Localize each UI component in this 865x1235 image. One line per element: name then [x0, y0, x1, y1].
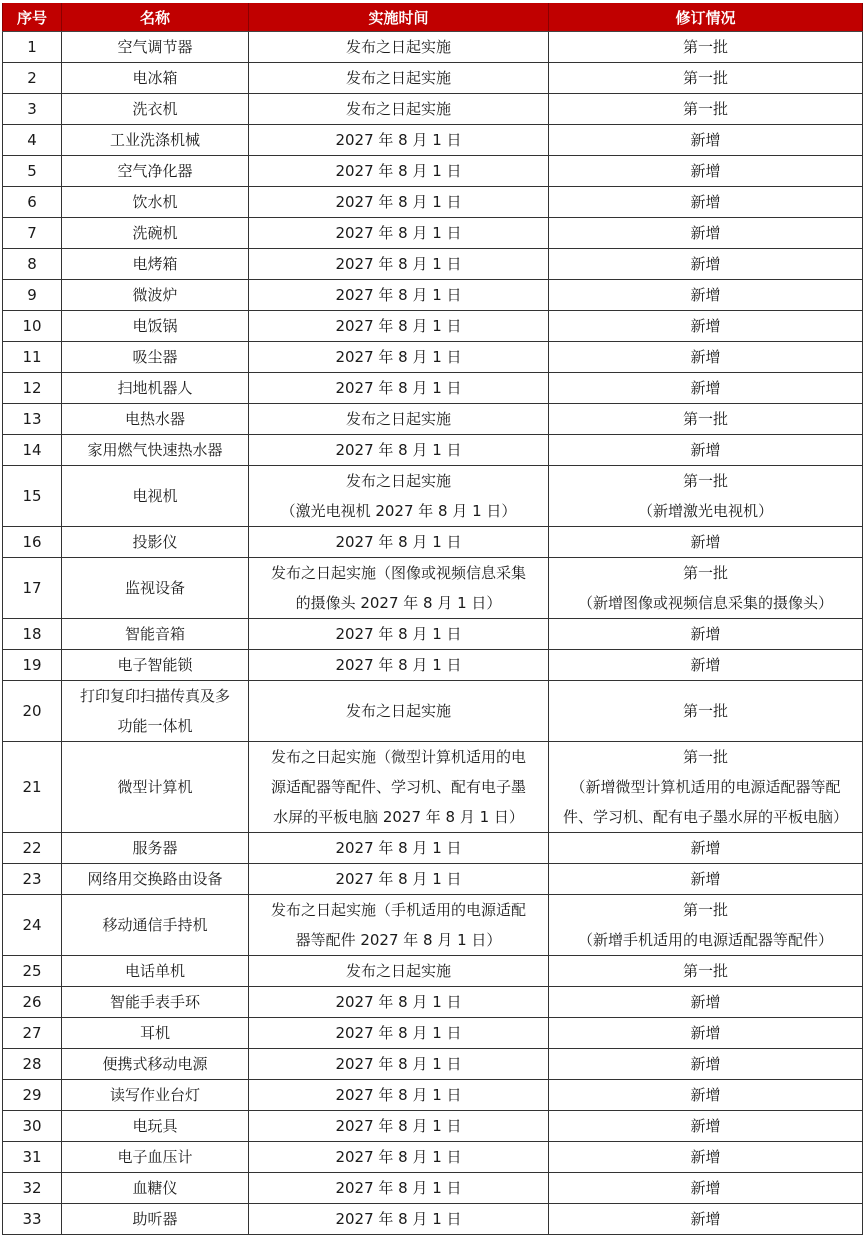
cell-name: 网络用交换路由设备: [62, 864, 249, 895]
column-header-name: 名称: [62, 3, 249, 32]
cell-implementation-time-line: 2027 年 8 月 1 日: [250, 1080, 547, 1110]
cell-name-line: 饮水机: [64, 187, 246, 217]
cell-revision-status-line: （新增激光电视机）: [550, 496, 861, 526]
cell-number: 17: [3, 558, 62, 619]
cell-number: 26: [3, 987, 62, 1018]
cell-implementation-time-line: 2027 年 8 月 1 日: [250, 650, 547, 680]
cell-implementation-time: 2027 年 8 月 1 日: [249, 280, 549, 311]
cell-name-line: 智能手表手环: [64, 987, 246, 1017]
column-header-revision-status: 修订情况: [549, 3, 863, 32]
cell-revision-status: 新增: [549, 1173, 863, 1201]
cell-name: 监视设备: [62, 558, 249, 619]
cell-revision-status: 新增: [549, 619, 863, 650]
cell-implementation-time-line: 2027 年 8 月 1 日: [250, 1173, 547, 1200]
cell-revision-status: 新增: [549, 527, 863, 558]
table-header: 序号 名称 实施时间 修订情况: [3, 3, 863, 32]
table-row: 1空气调节器发布之日起实施第一批: [3, 32, 863, 63]
table-row: 15电视机发布之日起实施（激光电视机 2027 年 8 月 1 日）第一批（新增…: [3, 466, 863, 527]
product-catalog-table: 序号 名称 实施时间 修订情况 1空气调节器发布之日起实施第一批2电冰箱发布之日…: [2, 3, 863, 1200]
cell-name: 家用燃气快速热水器: [62, 435, 249, 466]
cell-number: 29: [3, 1080, 62, 1111]
header-row: 序号 名称 实施时间 修订情况: [3, 3, 863, 32]
cell-name: 饮水机: [62, 187, 249, 218]
cell-number: 15: [3, 466, 62, 527]
cell-name-line: 洗碗机: [64, 218, 246, 248]
cell-implementation-time-line: 发布之日起实施（图像或视频信息采集: [250, 558, 547, 588]
cell-name-line: 耳机: [64, 1018, 246, 1048]
cell-name: 耳机: [62, 1018, 249, 1049]
cell-name-line: 投影仪: [64, 527, 246, 557]
table-row: 19电子智能锁2027 年 8 月 1 日新增: [3, 650, 863, 681]
cell-implementation-time: 2027 年 8 月 1 日: [249, 1080, 549, 1111]
table-row: 28便携式移动电源2027 年 8 月 1 日新增: [3, 1049, 863, 1080]
cell-revision-status-line: 新增: [550, 156, 861, 186]
cell-implementation-time: 2027 年 8 月 1 日: [249, 650, 549, 681]
cell-implementation-time-line: 2027 年 8 月 1 日: [250, 1111, 547, 1141]
cell-number: 23: [3, 864, 62, 895]
cell-revision-status: 新增: [549, 373, 863, 404]
cell-name: 打印复印扫描传真及多功能一体机: [62, 681, 249, 742]
cell-revision-status-line: 新增: [550, 435, 861, 465]
cell-name: 扫地机器人: [62, 373, 249, 404]
cell-name: 投影仪: [62, 527, 249, 558]
cell-revision-status: 新增: [549, 1080, 863, 1111]
cell-revision-status: 第一批（新增图像或视频信息采集的摄像头）: [549, 558, 863, 619]
cell-number: 2: [3, 63, 62, 94]
cell-revision-status: 新增: [549, 311, 863, 342]
cell-revision-status: 新增: [549, 280, 863, 311]
cell-revision-status-line: 第一批: [550, 63, 861, 93]
cell-name: 电热水器: [62, 404, 249, 435]
cell-number: 18: [3, 619, 62, 650]
cell-implementation-time: 发布之日起实施: [249, 32, 549, 63]
cell-revision-status-line: （新增微型计算机适用的电源适配器等配: [550, 772, 861, 802]
cell-revision-status-line: 新增: [550, 1018, 861, 1048]
table-row: 25电话单机发布之日起实施第一批: [3, 956, 863, 987]
cell-name-line: 读写作业台灯: [64, 1080, 246, 1110]
cell-number: 30: [3, 1111, 62, 1142]
cell-implementation-time-line: 2027 年 8 月 1 日: [250, 1049, 547, 1079]
cell-number: 8: [3, 249, 62, 280]
cell-name: 电话单机: [62, 956, 249, 987]
cell-implementation-time: 发布之日起实施: [249, 63, 549, 94]
cell-implementation-time: 发布之日起实施（微型计算机适用的电源适配器等配件、学习机、配有电子墨水屏的平板电…: [249, 742, 549, 833]
cell-name: 电视机: [62, 466, 249, 527]
cell-revision-status-line: 新增: [550, 187, 861, 217]
cell-number: 22: [3, 833, 62, 864]
cell-revision-status: 新增: [549, 125, 863, 156]
cell-implementation-time: 2027 年 8 月 1 日: [249, 1142, 549, 1173]
cell-implementation-time-line: 2027 年 8 月 1 日: [250, 187, 547, 217]
table-row: 22服务器2027 年 8 月 1 日新增: [3, 833, 863, 864]
cell-revision-status: 第一批: [549, 956, 863, 987]
cell-implementation-time: 2027 年 8 月 1 日: [249, 311, 549, 342]
cell-number: 6: [3, 187, 62, 218]
cell-implementation-time: 2027 年 8 月 1 日: [249, 187, 549, 218]
cell-name-line: 监视设备: [64, 573, 246, 603]
cell-number: 19: [3, 650, 62, 681]
cell-name: 微波炉: [62, 280, 249, 311]
cell-revision-status-line: 新增: [550, 1142, 861, 1172]
cell-name: 微型计算机: [62, 742, 249, 833]
table-row: 14家用燃气快速热水器2027 年 8 月 1 日新增: [3, 435, 863, 466]
cell-name-line: 功能一体机: [64, 711, 246, 741]
table-row: 11吸尘器2027 年 8 月 1 日新增: [3, 342, 863, 373]
cell-implementation-time: 发布之日起实施（图像或视频信息采集的摄像头 2027 年 8 月 1 日）: [249, 558, 549, 619]
cell-revision-status: 第一批（新增微型计算机适用的电源适配器等配件、学习机、配有电子墨水屏的平板电脑）: [549, 742, 863, 833]
cell-revision-status-line: 第一批: [550, 956, 861, 986]
cell-number: 13: [3, 404, 62, 435]
cell-implementation-time-line: （激光电视机 2027 年 8 月 1 日）: [250, 496, 547, 526]
cell-revision-status: 新增: [549, 833, 863, 864]
cell-revision-status: 新增: [549, 1049, 863, 1080]
cell-revision-status-line: 新增: [550, 342, 861, 372]
cell-name: 空气净化器: [62, 156, 249, 187]
cell-revision-status-line: 第一批: [550, 94, 861, 124]
cell-revision-status: 新增: [549, 218, 863, 249]
cell-implementation-time: 2027 年 8 月 1 日: [249, 987, 549, 1018]
column-header-number: 序号: [3, 3, 62, 32]
table-row: 7洗碗机2027 年 8 月 1 日新增: [3, 218, 863, 249]
cell-revision-status: 新增: [549, 249, 863, 280]
cell-revision-status-line: 新增: [550, 1049, 861, 1079]
cell-name: 便携式移动电源: [62, 1049, 249, 1080]
cell-revision-status-line: 新增: [550, 619, 861, 649]
table-row: 5空气净化器2027 年 8 月 1 日新增: [3, 156, 863, 187]
cell-implementation-time-line: 2027 年 8 月 1 日: [250, 527, 547, 557]
cell-revision-status: 新增: [549, 156, 863, 187]
table-row: 31电子血压计2027 年 8 月 1 日新增: [3, 1142, 863, 1173]
cell-revision-status-line: 新增: [550, 987, 861, 1017]
cell-revision-status: 第一批: [549, 94, 863, 125]
cell-implementation-time: 2027 年 8 月 1 日: [249, 373, 549, 404]
cell-implementation-time-line: 发布之日起实施: [250, 404, 547, 434]
cell-revision-status-line: 新增: [550, 218, 861, 248]
cell-revision-status-line: 第一批: [550, 32, 861, 62]
cell-implementation-time-line: 发布之日起实施: [250, 63, 547, 93]
cell-implementation-time-line: 2027 年 8 月 1 日: [250, 833, 547, 863]
cell-revision-status: 新增: [549, 342, 863, 373]
cell-name-line: 电子智能锁: [64, 650, 246, 680]
cell-revision-status-line: 新增: [550, 650, 861, 680]
table-row: 6饮水机2027 年 8 月 1 日新增: [3, 187, 863, 218]
cell-implementation-time: 2027 年 8 月 1 日: [249, 1049, 549, 1080]
cell-name-line: 电话单机: [64, 956, 246, 986]
cell-revision-status-line: 件、学习机、配有电子墨水屏的平板电脑）: [550, 802, 861, 832]
cell-name-line: 血糖仪: [64, 1173, 246, 1200]
cell-number: 7: [3, 218, 62, 249]
table-row: 17监视设备发布之日起实施（图像或视频信息采集的摄像头 2027 年 8 月 1…: [3, 558, 863, 619]
cell-revision-status-line: 新增: [550, 125, 861, 155]
cell-revision-status: 新增: [549, 1111, 863, 1142]
cell-implementation-time-line: 发布之日起实施: [250, 696, 547, 726]
cell-revision-status-line: 第一批: [550, 696, 861, 726]
cell-name: 电冰箱: [62, 63, 249, 94]
cell-implementation-time-line: 2027 年 8 月 1 日: [250, 864, 547, 894]
cell-revision-status: 第一批: [549, 404, 863, 435]
cell-name-line: 扫地机器人: [64, 373, 246, 403]
cell-name: 电玩具: [62, 1111, 249, 1142]
cell-revision-status-line: （新增手机适用的电源适配器等配件）: [550, 925, 861, 955]
cell-revision-status-line: 第一批: [550, 466, 861, 496]
cell-revision-status-line: 第一批: [550, 558, 861, 588]
cell-implementation-time-line: 2027 年 8 月 1 日: [250, 1018, 547, 1048]
cell-name: 移动通信手持机: [62, 895, 249, 956]
cell-implementation-time-line: 发布之日起实施（手机适用的电源适配: [250, 895, 547, 925]
table-row: 12扫地机器人2027 年 8 月 1 日新增: [3, 373, 863, 404]
cell-number: 12: [3, 373, 62, 404]
cell-revision-status-line: 第一批: [550, 895, 861, 925]
cell-number: 14: [3, 435, 62, 466]
cell-name-line: 家用燃气快速热水器: [64, 435, 246, 465]
table-row: 29读写作业台灯2027 年 8 月 1 日新增: [3, 1080, 863, 1111]
cell-name-line: 空气调节器: [64, 32, 246, 62]
cell-name-line: 工业洗涤机械: [64, 125, 246, 155]
cell-implementation-time: 2027 年 8 月 1 日: [249, 218, 549, 249]
cell-number: 20: [3, 681, 62, 742]
cell-implementation-time-line: 的摄像头 2027 年 8 月 1 日）: [250, 588, 547, 618]
cell-number: 31: [3, 1142, 62, 1173]
cell-revision-status: 第一批: [549, 32, 863, 63]
cell-revision-status: 新增: [549, 650, 863, 681]
table-row: 27耳机2027 年 8 月 1 日新增: [3, 1018, 863, 1049]
cell-revision-status-line: 新增: [550, 280, 861, 310]
cell-number: 27: [3, 1018, 62, 1049]
cell-revision-status: 第一批: [549, 63, 863, 94]
cell-number: 32: [3, 1173, 62, 1201]
cell-implementation-time: 2027 年 8 月 1 日: [249, 1173, 549, 1201]
table-row: 23网络用交换路由设备2027 年 8 月 1 日新增: [3, 864, 863, 895]
cell-implementation-time: 2027 年 8 月 1 日: [249, 435, 549, 466]
cell-name-line: 电玩具: [64, 1111, 246, 1141]
table-row: 3洗衣机发布之日起实施第一批: [3, 94, 863, 125]
cell-number: 9: [3, 280, 62, 311]
cell-number: 10: [3, 311, 62, 342]
table-row: 26智能手表手环2027 年 8 月 1 日新增: [3, 987, 863, 1018]
cell-name-line: 移动通信手持机: [64, 910, 246, 940]
cell-revision-status-line: 新增: [550, 1111, 861, 1141]
cell-implementation-time: 2027 年 8 月 1 日: [249, 619, 549, 650]
cell-name: 血糖仪: [62, 1173, 249, 1201]
cell-name-line: 吸尘器: [64, 342, 246, 372]
cell-implementation-time-line: 2027 年 8 月 1 日: [250, 987, 547, 1017]
cell-implementation-time: 2027 年 8 月 1 日: [249, 249, 549, 280]
cell-revision-status-line: 新增: [550, 311, 861, 341]
table-body: 1空气调节器发布之日起实施第一批2电冰箱发布之日起实施第一批3洗衣机发布之日起实…: [3, 32, 863, 1201]
cell-revision-status-line: 新增: [550, 1080, 861, 1110]
cell-revision-status: 新增: [549, 1142, 863, 1173]
cell-implementation-time-line: 2027 年 8 月 1 日: [250, 218, 547, 248]
cell-implementation-time-line: 发布之日起实施: [250, 956, 547, 986]
cell-number: 28: [3, 1049, 62, 1080]
cell-number: 24: [3, 895, 62, 956]
cell-implementation-time: 2027 年 8 月 1 日: [249, 1018, 549, 1049]
cell-implementation-time: 发布之日起实施: [249, 404, 549, 435]
cell-name: 智能音箱: [62, 619, 249, 650]
cell-number: 21: [3, 742, 62, 833]
table-row: 24移动通信手持机发布之日起实施（手机适用的电源适配器等配件 2027 年 8 …: [3, 895, 863, 956]
cell-revision-status: 新增: [549, 1018, 863, 1049]
cell-revision-status-line: 新增: [550, 373, 861, 403]
cell-implementation-time-line: 发布之日起实施: [250, 94, 547, 124]
cell-name-line: 电冰箱: [64, 63, 246, 93]
cell-implementation-time-line: 发布之日起实施: [250, 32, 547, 62]
cell-name-line: 空气净化器: [64, 156, 246, 186]
table-row: 2电冰箱发布之日起实施第一批: [3, 63, 863, 94]
cell-name: 智能手表手环: [62, 987, 249, 1018]
cell-revision-status-line: （新增图像或视频信息采集的摄像头）: [550, 588, 861, 618]
cell-revision-status-line: 新增: [550, 1173, 861, 1200]
cell-name: 空气调节器: [62, 32, 249, 63]
cell-name-line: 便携式移动电源: [64, 1049, 246, 1079]
cell-implementation-time-line: 发布之日起实施: [250, 466, 547, 496]
table-row: 9微波炉2027 年 8 月 1 日新增: [3, 280, 863, 311]
table-row: 8电烤箱2027 年 8 月 1 日新增: [3, 249, 863, 280]
cell-implementation-time-line: 2027 年 8 月 1 日: [250, 156, 547, 186]
table-row: 18智能音箱2027 年 8 月 1 日新增: [3, 619, 863, 650]
cell-name: 洗衣机: [62, 94, 249, 125]
table-row: 20打印复印扫描传真及多功能一体机发布之日起实施第一批: [3, 681, 863, 742]
cell-name: 电饭锅: [62, 311, 249, 342]
cell-name: 电子智能锁: [62, 650, 249, 681]
cell-number: 25: [3, 956, 62, 987]
cell-name-line: 电视机: [64, 481, 246, 511]
cell-implementation-time-line: 器等配件 2027 年 8 月 1 日）: [250, 925, 547, 955]
cell-revision-status: 第一批（新增手机适用的电源适配器等配件）: [549, 895, 863, 956]
cell-name-line: 电子血压计: [64, 1142, 246, 1172]
cell-revision-status: 新增: [549, 864, 863, 895]
cell-implementation-time: 发布之日起实施: [249, 956, 549, 987]
table-row: 32血糖仪2027 年 8 月 1 日新增: [3, 1173, 863, 1201]
cell-name-line: 打印复印扫描传真及多: [64, 681, 246, 711]
table-row: 10电饭锅2027 年 8 月 1 日新增: [3, 311, 863, 342]
cell-implementation-time: 2027 年 8 月 1 日: [249, 156, 549, 187]
cell-implementation-time-line: 发布之日起实施（微型计算机适用的电: [250, 742, 547, 772]
cell-name-line: 智能音箱: [64, 619, 246, 649]
cell-name: 读写作业台灯: [62, 1080, 249, 1111]
cell-implementation-time: 2027 年 8 月 1 日: [249, 342, 549, 373]
cell-name-line: 网络用交换路由设备: [64, 864, 246, 894]
cell-revision-status: 新增: [549, 987, 863, 1018]
cell-implementation-time-line: 水屏的平板电脑 2027 年 8 月 1 日）: [250, 802, 547, 832]
cell-implementation-time: 2027 年 8 月 1 日: [249, 864, 549, 895]
table-row: 16投影仪2027 年 8 月 1 日新增: [3, 527, 863, 558]
cell-implementation-time-line: 2027 年 8 月 1 日: [250, 1142, 547, 1172]
cell-implementation-time-line: 2027 年 8 月 1 日: [250, 619, 547, 649]
cell-revision-status: 第一批: [549, 681, 863, 742]
cell-name: 电子血压计: [62, 1142, 249, 1173]
cell-name-line: 电烤箱: [64, 249, 246, 279]
cell-number: 11: [3, 342, 62, 373]
table-row: 30电玩具2027 年 8 月 1 日新增: [3, 1111, 863, 1142]
cell-implementation-time-line: 源适配器等配件、学习机、配有电子墨: [250, 772, 547, 802]
cell-number: 16: [3, 527, 62, 558]
cell-number: 3: [3, 94, 62, 125]
cell-implementation-time-line: 2027 年 8 月 1 日: [250, 125, 547, 155]
cell-name-line: 电饭锅: [64, 311, 246, 341]
column-header-implementation-time: 实施时间: [249, 3, 549, 32]
cell-name-line: 服务器: [64, 833, 246, 863]
cell-name-line: 微型计算机: [64, 772, 246, 802]
cell-implementation-time: 2027 年 8 月 1 日: [249, 833, 549, 864]
cell-implementation-time: 2027 年 8 月 1 日: [249, 527, 549, 558]
cell-name-line: 微波炉: [64, 280, 246, 310]
cell-revision-status-line: 第一批: [550, 404, 861, 434]
cell-name: 工业洗涤机械: [62, 125, 249, 156]
cell-name: 洗碗机: [62, 218, 249, 249]
cell-number: 1: [3, 32, 62, 63]
cell-name-line: 电热水器: [64, 404, 246, 434]
cell-implementation-time: 2027 年 8 月 1 日: [249, 125, 549, 156]
cell-implementation-time: 发布之日起实施: [249, 681, 549, 742]
cell-implementation-time-line: 2027 年 8 月 1 日: [250, 373, 547, 403]
cell-name-line: 洗衣机: [64, 94, 246, 124]
table-row: 4工业洗涤机械2027 年 8 月 1 日新增: [3, 125, 863, 156]
cell-implementation-time-line: 2027 年 8 月 1 日: [250, 435, 547, 465]
cell-revision-status: 第一批（新增激光电视机）: [549, 466, 863, 527]
cell-implementation-time: 发布之日起实施（手机适用的电源适配器等配件 2027 年 8 月 1 日）: [249, 895, 549, 956]
cell-revision-status-line: 新增: [550, 249, 861, 279]
table-row: 21微型计算机发布之日起实施（微型计算机适用的电源适配器等配件、学习机、配有电子…: [3, 742, 863, 833]
cell-revision-status: 新增: [549, 435, 863, 466]
cell-implementation-time-line: 2027 年 8 月 1 日: [250, 280, 547, 310]
cell-implementation-time-line: 2027 年 8 月 1 日: [250, 249, 547, 279]
cell-name: 电烤箱: [62, 249, 249, 280]
cell-revision-status-line: 新增: [550, 527, 861, 557]
cell-number: 5: [3, 156, 62, 187]
cell-revision-status-line: 第一批: [550, 742, 861, 772]
cell-revision-status: 新增: [549, 187, 863, 218]
cell-number: 4: [3, 125, 62, 156]
cell-name: 吸尘器: [62, 342, 249, 373]
cell-implementation-time-line: 2027 年 8 月 1 日: [250, 311, 547, 341]
cell-implementation-time-line: 2027 年 8 月 1 日: [250, 342, 547, 372]
table-row: 13电热水器发布之日起实施第一批: [3, 404, 863, 435]
cell-revision-status-line: 新增: [550, 833, 861, 863]
cell-revision-status-line: 新增: [550, 864, 861, 894]
cell-implementation-time: 2027 年 8 月 1 日: [249, 1111, 549, 1142]
cell-implementation-time: 发布之日起实施: [249, 94, 549, 125]
cell-implementation-time: 发布之日起实施（激光电视机 2027 年 8 月 1 日）: [249, 466, 549, 527]
cell-name: 服务器: [62, 833, 249, 864]
